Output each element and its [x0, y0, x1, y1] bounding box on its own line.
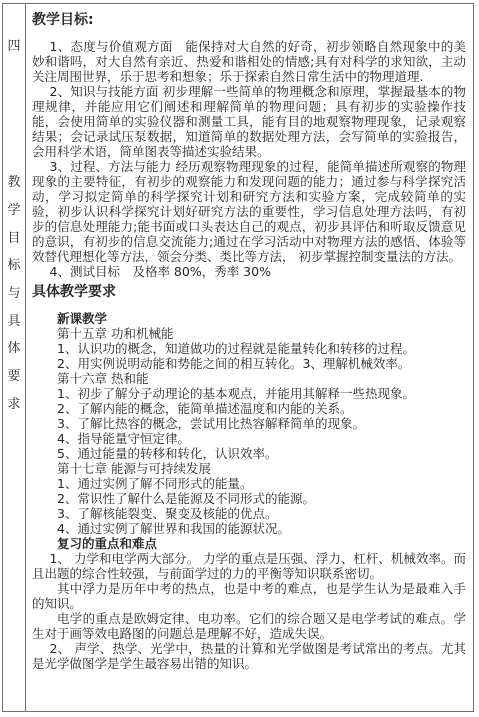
review-paragraph: 其中浮力是历年中考的热点，也是中考的难点，也是学生认为是最难入手的知识。	[32, 581, 466, 611]
new-course-line: 1、认识功的概念，知道做功的过程就是能量转化和转移的过程。	[32, 341, 466, 356]
row-category-label: 教 学 目 标 与 具 体 要 求	[3, 167, 25, 416]
document-page: 四 教 学 目 标 与 具 体 要 求 教学目标: 1、态度与价值观方面 能保持…	[0, 0, 479, 717]
teaching-goals-paragraph: 2、知识与技能方面 初步理解一些简单的物理概念和原理，掌握最基本的物理规律，并能…	[32, 84, 466, 159]
row-category-char: 求	[3, 389, 25, 417]
new-course-line: 第十五章 功和机械能	[32, 326, 466, 341]
specific-requirements-title: 具体教学要求	[32, 284, 466, 300]
new-course-line: 第十七章 能源与可持续发展	[32, 461, 466, 476]
row-category-char: 标	[3, 250, 25, 278]
new-course-line: 2、了解内能的概念，能简单描述温度和内能的关系。	[32, 401, 466, 416]
new-course-line: 4、通过实例了解世界和我国的能源状况。	[32, 521, 466, 536]
review-paragraph: 电学的重点是欧姆定律、电功率。它们的综合题又是电学考试的难点。学生对于画等效电路…	[32, 611, 466, 641]
row-category-char: 要	[3, 361, 25, 389]
row-category-char: 与	[3, 278, 25, 306]
row-category-char: 体	[3, 333, 25, 361]
new-course-line: 2、用实例说明动能和势能之间的相互转化。3、理解机械效率。	[32, 356, 466, 371]
new-course-line: 2、常识性了解什么是能源及不同形式的能源。	[32, 491, 466, 506]
new-course-line: 3、了解核能裂变、聚变及核能的优点。	[32, 506, 466, 521]
review-heading: 复习的重点和难点	[32, 536, 466, 551]
row-category-char: 目	[3, 222, 25, 250]
content-cell: 教学目标: 1、态度与价值观方面 能保持对大自然的好奇，初步领略自然现象中的美妙…	[26, 4, 473, 711]
new-course-line: 1、通过实例了解不同形式的能量。	[32, 476, 466, 491]
new-course-line: 1、初步了解分子动理论的基本观点，并能用其解释一些热现象。	[32, 386, 466, 401]
row-category-char: 学	[3, 195, 25, 223]
new-course-line: 5、通过能量的转移和转化，认识效率。	[32, 446, 466, 461]
teaching-goals-paragraph: 3、过程、方法与能力 经历观察物理现象的过程，能简单描述所观察的物理现象的主要特…	[32, 159, 466, 264]
row-category-char: 教	[3, 167, 25, 195]
review-paragraph: 1、 力学和电学两大部分。 力学的重点是压强、浮力、杠杆、机械效率。而且出题的综…	[32, 551, 466, 581]
row-category-char: 具	[3, 305, 25, 333]
review-paragraph: 2、 声学、热学、光学中，热量的计算和光学做图是考试常出的考点。尤其是光学做图学…	[32, 641, 466, 671]
new-course-line: 4、指导能量守恒定律。	[32, 431, 466, 446]
new-course-line: 第十六章 热和能	[32, 371, 466, 386]
teaching-goals-paragraph: 1、态度与价值观方面 能保持对大自然的好奇，初步领略自然现象中的美妙和谐吗，对大…	[32, 39, 466, 84]
new-course-heading: 新课教学	[32, 311, 466, 326]
teaching-goals-title: 教学目标:	[32, 12, 466, 28]
row-index-label: 四	[3, 40, 25, 54]
teaching-goals-paragraph: 4、测试目标 及格率 80%，秀率 30%	[32, 264, 466, 279]
row-header-cell: 四 教 学 目 标 与 具 体 要 求	[3, 4, 26, 711]
lesson-plan-table: 四 教 学 目 标 与 具 体 要 求 教学目标: 1、态度与价值观方面 能保持…	[2, 3, 474, 712]
new-course-line: 3、了解比热容的概念，尝试用比热容解释简单的现象。	[32, 416, 466, 431]
